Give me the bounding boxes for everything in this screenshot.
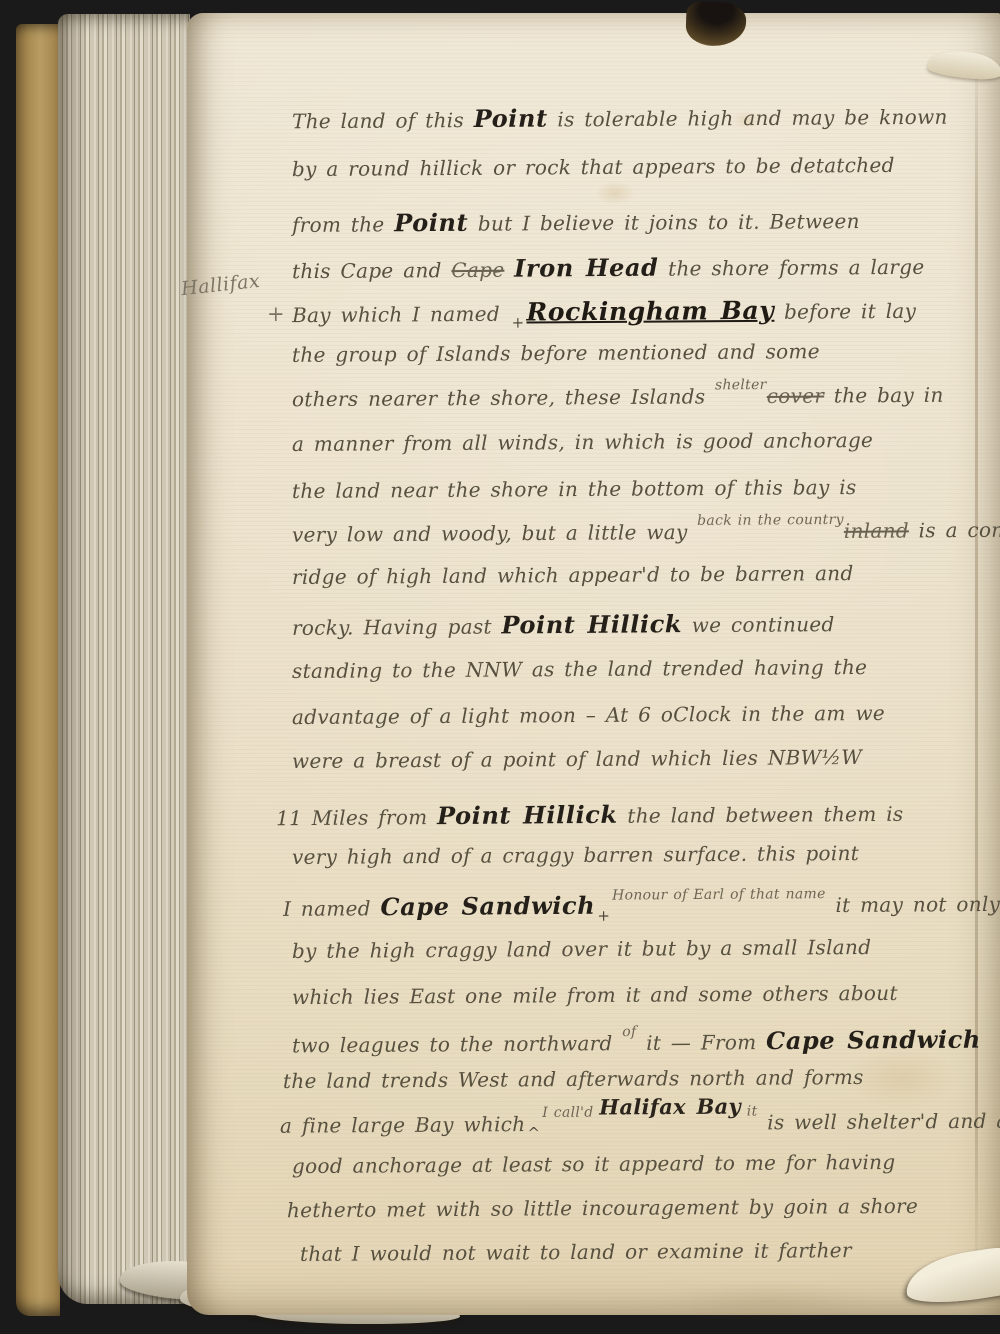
text-run: Cape — [451, 258, 504, 282]
manuscript-line: very low and woody, but a little way bac… — [292, 517, 1000, 546]
manuscript-line: by the high craggy land over it but by a… — [292, 935, 871, 963]
text-run: standing to the NNW as the land trended … — [292, 655, 867, 683]
text-run: which lies East one mile from it and som… — [292, 981, 898, 1009]
manuscript-line: standing to the NNW as the land trended … — [292, 655, 867, 683]
text-run: others nearer the shore, these Islands — [292, 384, 715, 411]
text-run: I named — [283, 896, 381, 921]
manuscript-line: hetherto met with so little incouragemen… — [287, 1194, 918, 1222]
text-run: it may not only be known — [826, 891, 1000, 917]
text-run: Cape Sandwich — [380, 891, 595, 921]
manuscript-line: the land near the shore in the bottom of… — [292, 475, 857, 503]
text-run: from the — [292, 212, 394, 237]
text-run: the land trends West and afterwards nort… — [283, 1065, 864, 1093]
text-run: is well shelter'd and affords — [757, 1108, 1000, 1134]
text-run: + — [512, 314, 525, 332]
text-run: the land between them is — [618, 802, 904, 828]
text-run: were a breast of a point of land which l… — [292, 745, 862, 773]
manuscript-line: The land of this Point is tolerable high… — [292, 101, 948, 135]
manuscript-text: The land of this Point is tolerable high… — [0, 0, 1000, 1334]
manuscript-line: rocky. Having past Point Hillick we cont… — [292, 608, 835, 641]
text-run: inland — [844, 518, 909, 542]
text-run: + — [597, 907, 610, 925]
manuscript-line: that I would not wait to land or examine… — [300, 1238, 852, 1266]
text-run: Bay which I named — [292, 302, 510, 328]
manuscript-line: two leagues to the northward of it — Fro… — [292, 1025, 981, 1059]
text-run: this Cape and — [292, 258, 451, 283]
text-run: hetherto met with so little incouragemen… — [287, 1194, 918, 1222]
text-run: very high and of a craggy barren surface… — [292, 841, 859, 869]
manuscript-line: this Cape and Cape Iron Head the shore f… — [292, 251, 925, 284]
text-run: Rockingham Bay — [526, 296, 774, 327]
text-run: two leagues to the northward — [292, 1031, 622, 1057]
text-run: a manner from all winds, in which is goo… — [292, 428, 873, 456]
manuscript-line: Bay which I named +Rockingham Bay before… — [292, 295, 916, 328]
text-run: rocky. Having past — [292, 614, 502, 639]
text-run: that I would not wait to land or examine… — [300, 1238, 852, 1266]
manuscript-line: the land trends West and afterwards nort… — [283, 1065, 864, 1093]
text-run: Honour of Earl of that name — [612, 886, 826, 903]
manuscript-line: the group of Islands before mentioned an… — [292, 339, 820, 367]
text-run: ridge of high land which appear'd to be … — [292, 561, 854, 589]
text-run: is tolerable high and may be known — [548, 105, 948, 132]
text-run: shelter — [715, 377, 767, 393]
text-run: is a continued — [909, 517, 1000, 542]
text-run: The land of this — [292, 108, 474, 133]
text-run: good anchorage at least so it appeard to… — [292, 1150, 896, 1178]
text-run: but I believe it joins to it. Between — [468, 209, 860, 236]
manuscript-line: were a breast of a point of land which l… — [292, 745, 862, 773]
text-run: Point Hillick — [437, 800, 618, 830]
text-run: very low and woody, but a little way — [292, 520, 697, 547]
text-run: advantage of a light moon – At 6 oClock … — [292, 701, 885, 729]
text-run: it — From — [636, 1030, 766, 1055]
text-run: the land near the shore in the bottom of… — [292, 475, 857, 503]
text-run: of — [622, 1024, 636, 1040]
text-run: it — [741, 1103, 758, 1119]
text-run: 11 Miles from — [276, 805, 437, 830]
text-run: the shore forms a large — [658, 255, 924, 281]
manuscript-line: 11 Miles from Point Hillick the land bet… — [276, 798, 904, 831]
text-run: by a round hillick or rock that appears … — [292, 153, 895, 181]
text-run: Cape Sandwich — [766, 1025, 981, 1055]
manuscript-line: advantage of a light moon – At 6 oClock … — [292, 701, 885, 729]
manuscript-line: very high and of a craggy barren surface… — [292, 841, 859, 869]
text-run: the group of Islands before mentioned an… — [292, 339, 820, 367]
manuscript-line: ridge of high land which appear'd to be … — [292, 561, 854, 589]
manuscript-line: others nearer the shore, these Islands s… — [292, 383, 944, 412]
text-run: Iron Head — [514, 253, 659, 283]
text-run: I call'd — [542, 1105, 599, 1121]
manuscript-line: a manner from all winds, in which is goo… — [292, 428, 873, 456]
text-run: by the high craggy land over it but by a… — [292, 935, 871, 963]
manuscript-line: which lies East one mile from it and som… — [292, 981, 898, 1009]
manuscript-line: I named Cape Sandwich+Honour of Earl of … — [283, 887, 1000, 922]
text-run: Halifax Bay — [599, 1094, 741, 1120]
manuscript-line: by a round hillick or rock that appears … — [292, 153, 895, 181]
manuscript-line: from the Point but I believe it joins to… — [292, 205, 860, 238]
text-run: ^ — [527, 1124, 540, 1142]
text-run: we continued — [682, 612, 835, 637]
text-run: cover — [767, 384, 825, 408]
text-run — [504, 258, 514, 282]
text-run: before it lay — [774, 299, 916, 324]
text-run: back in the country — [697, 512, 844, 529]
text-run: Point — [394, 208, 468, 238]
text-run: the bay in — [824, 383, 944, 408]
text-run: Point — [474, 104, 548, 134]
text-run: a fine large Bay which — [280, 1112, 526, 1138]
manuscript-line: good anchorage at least so it appeard to… — [292, 1150, 896, 1178]
text-run: Point Hillick — [501, 609, 682, 639]
manuscript-line: a fine large Bay which^I call'd Halifax … — [280, 1107, 1000, 1138]
